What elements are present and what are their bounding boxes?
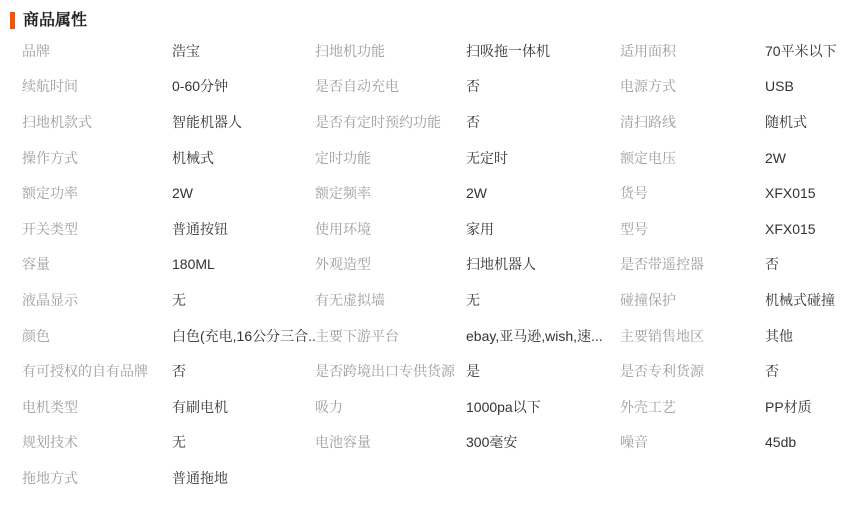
- attribute-label: 是否跨境出口专供货源: [315, 361, 466, 381]
- attribute-value: 机械式: [172, 148, 315, 168]
- attribute-value: 2W: [765, 150, 852, 166]
- attribute-value: 其他: [765, 326, 852, 346]
- attribute-label: 有无虚拟墙: [315, 290, 466, 310]
- attribute-label: 额定频率: [315, 183, 466, 203]
- attribute-label: 操作方式: [22, 148, 172, 168]
- attribute-label: 型号: [620, 219, 765, 239]
- attribute-value: 否: [466, 112, 620, 132]
- attribute-label: 有可授权的自有品牌: [22, 361, 172, 381]
- attribute-value: PP材质: [765, 397, 852, 417]
- attribute-value: 是: [466, 361, 620, 381]
- attribute-label: 定时功能: [315, 148, 466, 168]
- attribute-value: 70平米以下: [765, 41, 852, 61]
- attribute-value: 智能机器人: [172, 112, 315, 132]
- attribute-label: 电池容量: [315, 432, 466, 452]
- attribute-value: 无: [172, 432, 315, 452]
- attribute-label: 拖地方式: [22, 468, 172, 488]
- attribute-label: 吸力: [315, 397, 466, 417]
- attribute-label: 噪音: [620, 432, 765, 452]
- attributes-table: 品牌浩宝扫地机功能扫吸拖一体机适用面积70平米以下续航时间0-60分钟是否自动充…: [0, 33, 862, 496]
- attribute-label: 主要销售地区: [620, 326, 765, 346]
- attribute-value: 1000pa以下: [466, 397, 620, 417]
- attribute-label: 外观造型: [315, 254, 466, 274]
- attribute-label: 是否自动充电: [315, 76, 466, 96]
- attribute-value: 无定时: [466, 148, 620, 168]
- attribute-value: 2W: [466, 185, 620, 201]
- attribute-value: 45db: [765, 434, 852, 450]
- attribute-value: 白色(充电,16公分三合...: [172, 326, 315, 346]
- attribute-label: 货号: [620, 183, 765, 203]
- attribute-label: 电源方式: [620, 76, 765, 96]
- attribute-label: 清扫路线: [620, 112, 765, 132]
- product-attributes-panel: 商品属性 品牌浩宝扫地机功能扫吸拖一体机适用面积70平米以下续航时间0-60分钟…: [0, 0, 862, 521]
- attribute-value: 无: [466, 290, 620, 310]
- accent-bar-icon: [10, 12, 15, 29]
- attribute-value: 0-60分钟: [172, 76, 315, 96]
- attribute-label: 品牌: [22, 41, 172, 61]
- attribute-value: 2W: [172, 185, 315, 201]
- attribute-value: 无: [172, 290, 315, 310]
- attribute-value: 扫吸拖一体机: [466, 41, 620, 61]
- attribute-label: 容量: [22, 254, 172, 274]
- attribute-value: 机械式碰撞: [765, 290, 852, 310]
- attribute-label: 扫地机款式: [22, 112, 172, 132]
- attribute-label: 适用面积: [620, 41, 765, 61]
- attribute-value: 普通拖地: [172, 468, 315, 488]
- attribute-value: 普通按钮: [172, 219, 315, 239]
- attribute-value: 有刷电机: [172, 397, 315, 417]
- attribute-label: 规划技术: [22, 432, 172, 452]
- attribute-label: 主要下游平台: [315, 326, 466, 346]
- attribute-label: 额定电压: [620, 148, 765, 168]
- attribute-value: ebay,亚马逊,wish,速...: [466, 326, 620, 346]
- attribute-value: 300毫安: [466, 432, 620, 452]
- attribute-label: 液晶显示: [22, 290, 172, 310]
- attribute-label: 电机类型: [22, 397, 172, 417]
- section-title: 商品属性: [23, 13, 87, 29]
- attribute-value: 浩宝: [172, 41, 315, 61]
- attribute-value: USB: [765, 78, 852, 94]
- attribute-value: XFX015: [765, 221, 852, 237]
- attribute-value: 180ML: [172, 256, 315, 272]
- attribute-label: 续航时间: [22, 76, 172, 96]
- attribute-label: 是否带遥控器: [620, 254, 765, 274]
- attribute-label: 外壳工艺: [620, 397, 765, 417]
- attribute-value: 否: [765, 254, 852, 274]
- attribute-value: 否: [466, 76, 620, 96]
- attribute-label: 颜色: [22, 326, 172, 346]
- attribute-value: 否: [172, 361, 315, 381]
- attribute-value: 随机式: [765, 112, 852, 132]
- attribute-label: 扫地机功能: [315, 41, 466, 61]
- attribute-value: 否: [765, 361, 852, 381]
- attribute-label: 额定功率: [22, 183, 172, 203]
- attribute-value: 扫地机器人: [466, 254, 620, 274]
- attribute-label: 碰撞保护: [620, 290, 765, 310]
- attribute-label: 是否有定时预约功能: [315, 112, 466, 132]
- section-header: 商品属性: [0, 0, 862, 30]
- attribute-value: 家用: [466, 219, 620, 239]
- attribute-label: 开关类型: [22, 219, 172, 239]
- attribute-label: 是否专利货源: [620, 361, 765, 381]
- attribute-label: 使用环境: [315, 219, 466, 239]
- attribute-value: XFX015: [765, 185, 852, 201]
